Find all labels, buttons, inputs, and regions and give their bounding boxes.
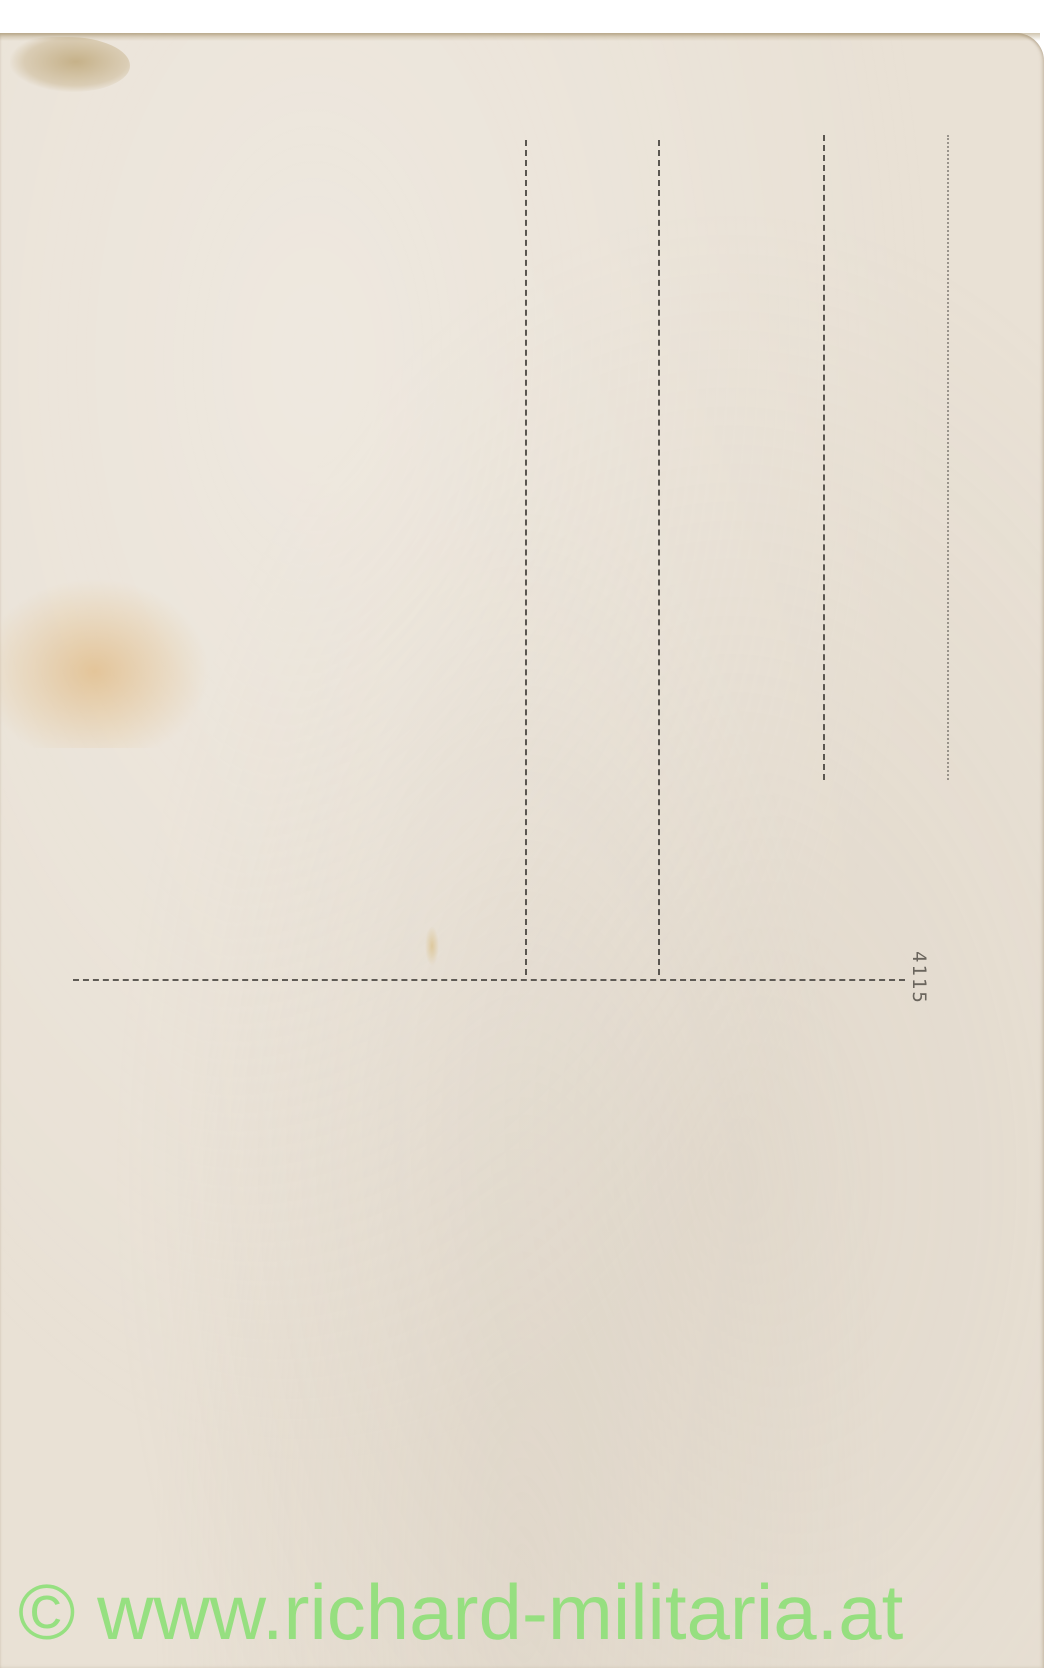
address-line-3 [823, 135, 825, 780]
divider-line [73, 979, 905, 981]
address-line-2 [658, 140, 660, 975]
address-line-1 [525, 140, 527, 975]
paper-texture [0, 33, 1044, 1668]
postcard-back: 4115 [0, 33, 1044, 1668]
address-line-4 [947, 135, 949, 780]
copyright-watermark: © www.richard-militaria.at [18, 1572, 1038, 1652]
small-stain [425, 926, 439, 966]
foxing-stain-left [0, 578, 210, 748]
water-stain-top-left [10, 37, 130, 92]
serial-number: 4115 [908, 951, 930, 1005]
top-edge-wear [0, 33, 1040, 41]
